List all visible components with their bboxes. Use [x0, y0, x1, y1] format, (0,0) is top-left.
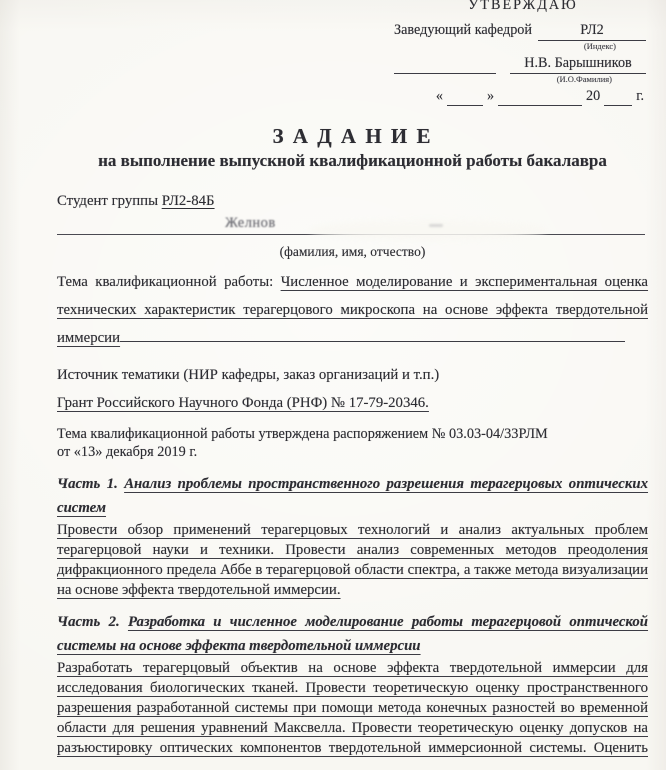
source-value: Грант Российского Научного Фонда (РНФ) №…	[57, 395, 648, 412]
date-open-quote: «	[436, 88, 443, 106]
topic-fill-line	[120, 339, 625, 342]
student-group-label: Студент группы	[57, 193, 158, 209]
part1-label: Часть 1.	[57, 476, 118, 492]
part1-body: Провести обзор применений терагерцовых т…	[57, 520, 648, 600]
part2-body: Разработать терагерцовый объектив на осн…	[57, 658, 648, 758]
student-group-line: Студент группы РЛ2-84Б	[57, 193, 648, 210]
student-group-value: РЛ2-84Б	[162, 193, 215, 209]
index-caption: (Индекс)	[394, 42, 646, 51]
part1-heading-text: Анализ проблемы пространственного разреш…	[57, 476, 648, 516]
order-note-line2: от «13» декабря 2019 г.	[57, 443, 648, 462]
approval-block: УТВЕРЖДАЮ Заведующий кафедрой РЛ2 (Индек…	[394, 0, 646, 106]
department-index-value: РЛ2	[538, 22, 646, 41]
signature-row: Н.В. Барышников	[394, 55, 646, 74]
redaction-whiteout	[309, 220, 547, 240]
page-subtitle: на выполнение выпускной квалификационной…	[57, 151, 648, 171]
part2-label: Часть 2.	[57, 614, 120, 630]
topic-label: Тема квалификационной работы:	[57, 274, 273, 290]
department-head-row: Заведующий кафедрой РЛ2	[394, 22, 646, 41]
date-day-blank	[447, 88, 483, 107]
date-month-blank	[498, 88, 582, 107]
part1-body-text: Провести обзор применений терагерцовых т…	[57, 522, 648, 598]
order-note: Тема квалификационной работы утверждена …	[57, 425, 648, 462]
student-name-redacted: Желнов	[225, 215, 276, 232]
part2-heading: Часть 2. Разработка и численное моделиро…	[57, 610, 648, 658]
date-year-suffix: г.	[636, 88, 644, 106]
date-year-prefix: 20	[586, 88, 600, 106]
date-year-blank	[604, 88, 632, 107]
scan-artifact-speck	[429, 224, 443, 227]
grant-text: Грант Российского Научного Фонда (РНФ) №…	[57, 395, 429, 411]
source-label: Источник тематики (НИР кафедры, заказ ор…	[57, 367, 648, 384]
topic-paragraph: Тема квалификационной работы: Численное …	[57, 268, 648, 352]
part2-body-text: Разработать терагерцовый объектив на осн…	[57, 660, 648, 756]
page-title: З А Д А Н И Е	[57, 125, 648, 148]
fio-caption: (фамилия, имя, отчество)	[57, 244, 648, 260]
name-caption: (И.О.Фамилия)	[394, 75, 646, 84]
department-head-name: Н.В. Барышников	[510, 55, 646, 74]
document-page: УТВЕРЖДАЮ Заведующий кафедрой РЛ2 (Индек…	[0, 0, 666, 758]
approval-date-row: « » 20 г.	[394, 88, 646, 107]
student-name-area: Желнов	[57, 212, 648, 242]
approval-stamp: УТВЕРЖДАЮ	[394, 0, 646, 14]
department-head-label: Заведующий кафедрой	[394, 22, 532, 40]
order-note-line1: Тема квалификационной работы утверждена …	[57, 425, 648, 444]
part2-heading-text: Разработка и численное моделирование раб…	[57, 614, 648, 654]
part1-heading: Часть 1. Анализ проблемы пространственно…	[57, 472, 648, 520]
date-close-quote: »	[487, 88, 494, 106]
signature-blank-line	[394, 55, 496, 74]
